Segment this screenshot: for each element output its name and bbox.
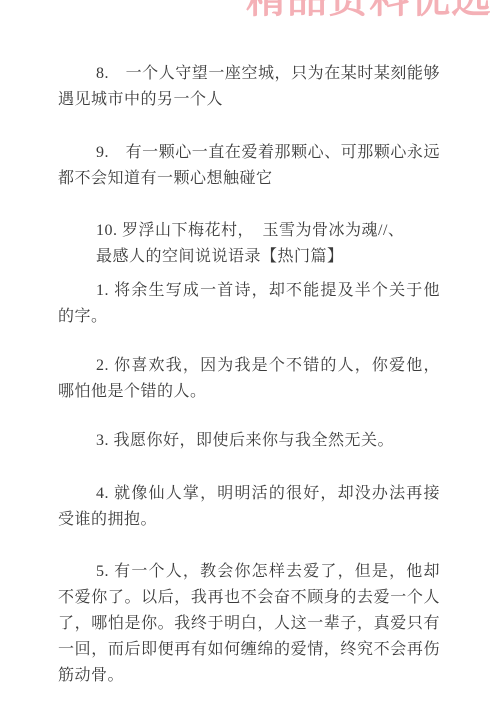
quote-item-4: 4. 就像仙人掌，明明活的很好，却没办法再接受谁的拥抱。	[58, 481, 440, 533]
quote-item-9: 9. 有一颗心一直在爱着那颗心、可那颗心永远都不会知道有一颗心想触碰它	[58, 140, 440, 192]
page-number: 2	[0, 640, 500, 654]
quote-item-3: 3. 我愿你好，即使后来你与我全然无关。	[58, 428, 440, 454]
quote-item-5: 5. 有一个人，教会你怎样去爱了，但是，他却不爱你了。以后，我再也不会奋不顾身的…	[58, 559, 440, 689]
quote-item-2: 2. 你喜欢我，因为我是个不错的人，你爱他，哪怕他是个错的人。	[58, 353, 440, 405]
quote-item-1: 1. 将余生写成一首诗，却不能提及半个关于他的字。	[58, 278, 440, 330]
document-page: { "colors": { "body_text": "#3b3b3b", "w…	[0, 0, 500, 708]
section-heading: 最感人的空间说说语录【热门篇】	[58, 244, 440, 270]
site-watermark: 精品资料优选	[246, 0, 492, 24]
quote-item-8: 8. 一个人守望一座空城，只为在某时某刻能够遇见城市中的另一个人	[58, 61, 440, 113]
quote-item-10: 10. 罗浮山下梅花村， 玉雪为骨冰为魂//、	[58, 218, 440, 244]
document-text-body: 8. 一个人守望一座空城，只为在某时某刻能够遇见城市中的另一个人 9. 有一颗心…	[58, 61, 440, 689]
